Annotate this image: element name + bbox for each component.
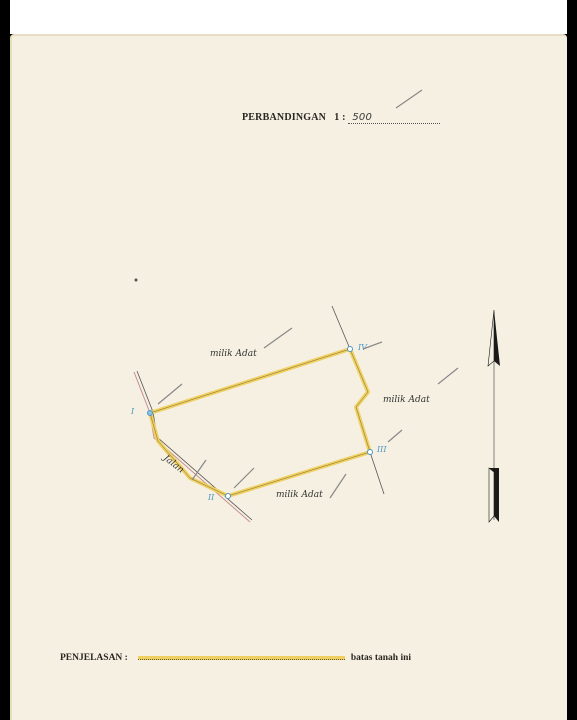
neighbor-label-south: milik Adat — [276, 490, 323, 500]
boundary-extension-line — [332, 306, 350, 349]
land-plot-map: I II III IV milik Adat milik Adat milik … — [0, 0, 577, 720]
pencil-mark — [396, 90, 422, 108]
legend-text: batas tanah ini — [351, 653, 411, 663]
point-label: II — [207, 493, 215, 502]
boundary-line-swatch — [138, 656, 345, 660]
boundary-extension-line — [370, 452, 384, 494]
legend: PENJELASAN : batas tanah ini — [60, 653, 411, 663]
corner-point-icon — [148, 411, 153, 416]
neighbor-label-east: milik Adat — [383, 395, 430, 405]
corner-point-icon — [226, 494, 231, 499]
corner-point-icon — [348, 347, 353, 352]
neighbor-label-north: milik Adat — [210, 349, 257, 359]
corner-point-icon — [368, 450, 373, 455]
legend-label: PENJELASAN : — [60, 653, 128, 663]
plot-boundary — [150, 349, 370, 496]
north-arrow-icon — [488, 310, 500, 522]
road-line — [134, 371, 252, 522]
point-label: I — [130, 407, 135, 416]
point-label: III — [376, 445, 387, 454]
paper-speck — [135, 279, 138, 282]
